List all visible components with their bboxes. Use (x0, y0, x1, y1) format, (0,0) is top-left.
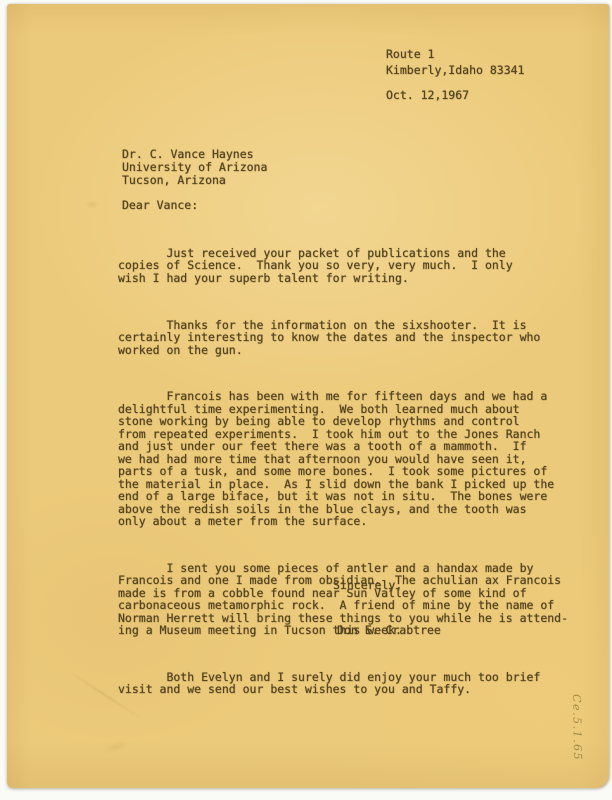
paragraph: Francois has been with me for fifteen da… (118, 390, 588, 527)
paragraph: Both Evelyn and I surely did enjoy your … (118, 671, 588, 696)
closing: Sincerely, (333, 579, 402, 591)
stain-mark (102, 738, 130, 756)
recipient-address: Dr. C. Vance Haynes University of Arizon… (122, 148, 267, 187)
letter-paper: Route 1 Kimberly,Idaho 83341 Oct. 12,196… (7, 4, 609, 788)
signature: Don E. Crabtree (337, 624, 441, 636)
paragraph: Thanks for the information on the sixsho… (118, 319, 588, 356)
salutation: Dear Vance: (122, 199, 198, 211)
sender-address-line2: Kimberly,Idaho 83341 (386, 64, 524, 76)
catalog-annotation: Ce.5.1.65 (570, 694, 584, 761)
letter-date: Oct. 12,1967 (386, 89, 469, 101)
stain-mark (85, 200, 99, 209)
paragraph: Just received your packet of publication… (118, 247, 588, 284)
letter-body: Just received your packet of publication… (118, 222, 588, 730)
sender-address-line1: Route 1 (386, 48, 434, 60)
